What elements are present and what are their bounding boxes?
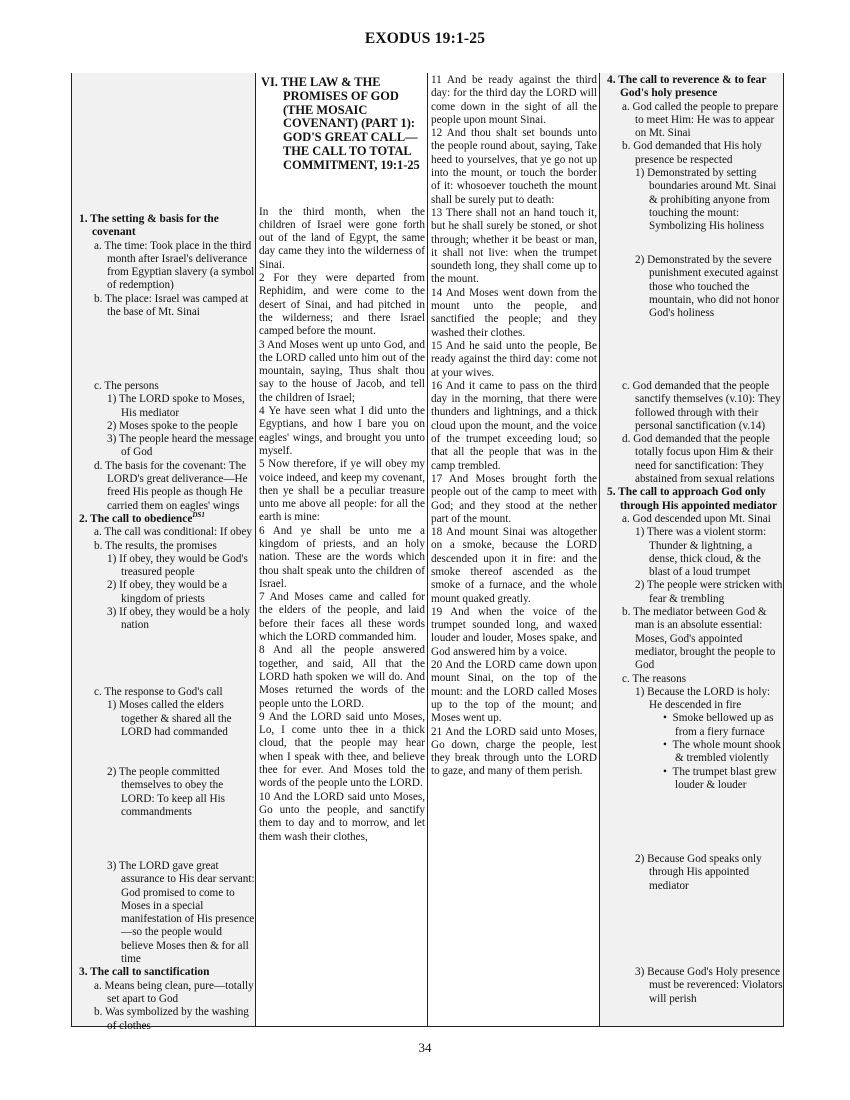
verse-9: 9 And the LORD said unto Moses, Lo, I co…: [259, 711, 425, 791]
outline-item-1b: b. The place: Israel was camped at the b…: [76, 293, 255, 320]
outline-item-2b: b. The results, the promises: [76, 540, 255, 553]
verse-5: 5 Now therefore, if ye will obey my voic…: [259, 458, 425, 524]
outline-heading-4: 4. The call to reverence & to fear God's…: [604, 74, 783, 101]
scripture-column-2: 11 And be ready against the third day: f…: [428, 73, 600, 1026]
footnote-marker[interactable]: DS1: [192, 511, 204, 519]
verse-4: 4 Ye have seen what I did unto the Egypt…: [259, 405, 425, 458]
verse-7: 7 And Moses came and called for the elde…: [259, 591, 425, 644]
outline-item-2a: a. The call was conditional: If obey: [76, 526, 255, 539]
outline-item-4c: c. God demanded that the people sanctify…: [604, 380, 783, 433]
bullet-item: • The trumpet blast grew louder & louder: [604, 766, 783, 793]
outline-item-1c2: 2) Moses spoke to the people: [76, 420, 255, 433]
page-title: EXODUS 19:1-25: [0, 30, 850, 48]
outline-item-5b: b. The mediator between God & man is an …: [604, 606, 783, 672]
outline-column-right: 4. The call to reverence & to fear God's…: [600, 73, 783, 1026]
outline-item-5c: c. The reasons: [604, 673, 783, 686]
outline-heading-3: 3. The call to sanctification: [76, 966, 255, 979]
outline-item-4b1: 1) Demonstrated by setting boundaries ar…: [604, 167, 783, 233]
outline-item-2c: c. The response to God's call: [76, 686, 255, 699]
verse-20: 20 And the LORD came down upon mount Sin…: [431, 659, 597, 725]
verse-6: 6 And ye shall be unto me a kingdom of p…: [259, 525, 425, 591]
outline-item-1c1: 1) The LORD spoke to Moses, His mediator: [76, 393, 255, 420]
outline-item-1c: c. The persons: [76, 380, 255, 393]
section-title: VI. THE LAW & THE PROMISES OF GOD (THE M…: [259, 76, 425, 173]
outline-item-5c2: 2) Because God speaks only through His a…: [604, 853, 783, 893]
outline-item-4d: d. God demanded that the people totally …: [604, 433, 783, 486]
outline-item-1d: d. The basis for the covenant: The LORD'…: [76, 460, 255, 513]
verse-1: In the third month, when the children of…: [259, 206, 425, 272]
verse-8: 8 And all the people answered together, …: [259, 644, 425, 710]
outline-item-3b: b. Was symbolized by the washing of clot…: [76, 1006, 255, 1033]
outline-item-2c2: 2) The people committed themselves to ob…: [76, 766, 255, 819]
outline-item-3a: a. Means being clean, pure—totally set a…: [76, 980, 255, 1007]
verse-15: 15 And he said unto the people, Be ready…: [431, 340, 597, 380]
verse-11: 11 And be ready against the third day: f…: [431, 74, 597, 127]
verse-3: 3 And Moses went up unto God, and the LO…: [259, 339, 425, 405]
outline-item-4b2: 2) Demonstrated by the severe punishment…: [604, 254, 783, 320]
outline-item-2b1: 1) If obey, they would be God's treasure…: [76, 553, 255, 580]
outline-column-left: 1. The setting & basis for the covenant …: [72, 73, 256, 1026]
verse-18: 18 And mount Sinai was altogether on a s…: [431, 526, 597, 606]
outline-heading-5: 5. The call to approach God only through…: [604, 486, 783, 513]
outline-item-5a1: 1) There was a violent storm: Thunder & …: [604, 526, 783, 579]
outline-item-2c1: 1) Moses called the elders together & sh…: [76, 699, 255, 739]
outline-item-5a2: 2) The people were stricken with fear & …: [604, 579, 783, 606]
outline-item-4a: a. God called the people to prepare to m…: [604, 101, 783, 141]
bullet-item: • Smoke bellowed up as from a fiery furn…: [604, 712, 783, 739]
scripture-column-1: VI. THE LAW & THE PROMISES OF GOD (THE M…: [256, 73, 428, 1026]
outline-item-1a: a. The time: Took place in the third mon…: [76, 240, 255, 293]
verse-12: 12 And thou shalt set bounds unto the pe…: [431, 127, 597, 207]
bullet-item: • The whole mount shook & trembled viole…: [604, 739, 783, 766]
page-number: 34: [0, 1040, 850, 1056]
outline-item-2b2: 2) If obey, they would be a kingdom of p…: [76, 579, 255, 606]
outline-item-1c3: 3) The people heard the message of God: [76, 433, 255, 460]
verse-14: 14 And Moses went down from the mount un…: [431, 287, 597, 340]
outline-heading-1: 1. The setting & basis for the covenant: [76, 213, 255, 240]
verse-16: 16 And it came to pass on the third day …: [431, 380, 597, 473]
commentary-table: 1. The setting & basis for the covenant …: [71, 73, 784, 1027]
verse-19: 19 And when the voice of the trumpet sou…: [431, 606, 597, 659]
outline-item-4b: b. God demanded that His holy presence b…: [604, 140, 783, 167]
verse-10: 10 And the LORD said unto Moses, Go unto…: [259, 791, 425, 844]
outline-item-5c1: 1) Because the LORD is holy: He descende…: [604, 686, 783, 713]
outline-item-5c3: 3) Because God's Holy presence must be r…: [604, 966, 783, 1006]
verse-17: 17 And Moses brought forth the people ou…: [431, 473, 597, 526]
verse-21: 21 And the LORD said unto Moses, Go down…: [431, 726, 597, 779]
verse-13: 13 There shall not an hand touch it, but…: [431, 207, 597, 287]
outline-item-2b3: 3) If obey, they would be a holy nation: [76, 606, 255, 633]
verse-2: 2 For they were departed from Rephidim, …: [259, 272, 425, 338]
outline-item-5a: a. God descended upon Mt. Sinai: [604, 513, 783, 526]
outline-heading-2: 2. The call to obedienceDS1: [76, 513, 255, 526]
outline-item-2c3: 3) The LORD gave great assurance to His …: [76, 860, 255, 966]
